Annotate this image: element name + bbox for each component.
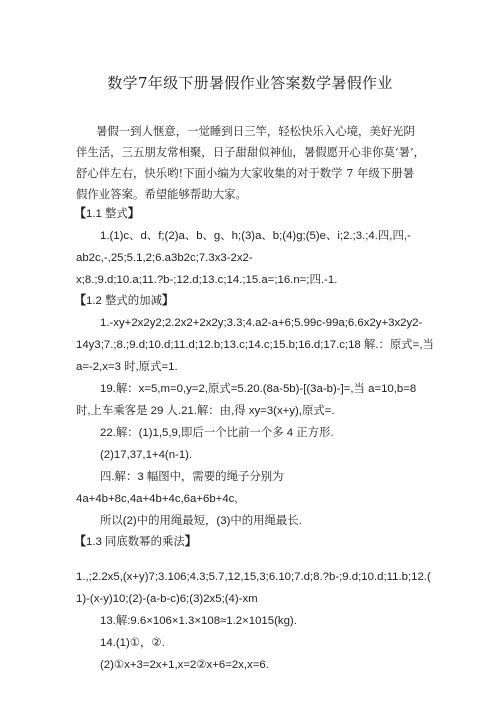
answer-line: a=-2,x=3 时,原式=1. <box>76 360 178 374</box>
section-heading-1-3: 【1.3 同底数幂的乘法】 <box>74 534 197 549</box>
answer-line: 13.解:9.6×106×1.3×108≈1.2×1015(kg). <box>100 614 297 628</box>
bracket-open: 【 <box>74 206 86 220</box>
bracket-close: 】 <box>128 206 140 220</box>
intro-line: 暑假一到人惬意，一觉睡到日三竿，轻松快乐入心境，美好光阴 <box>96 124 415 138</box>
section-heading-1-1: 【1.1 整式】 <box>74 206 140 221</box>
answer-line: 所以(2)中的用绳最短，(3)中的用绳最长. <box>100 514 302 528</box>
intro-line: 假作业答案。希望能够帮助大家。 <box>76 187 247 201</box>
section-heading-text: 1.2 整式的加减 <box>86 295 162 307</box>
answer-line: 4a+4b+8c,4a+4b+4c,6a+6b+4c, <box>76 492 238 506</box>
intro-line: 舒心伴左右，快乐哟!下面小编为大家收集的对于数学 7 年级下册暑 <box>76 166 414 180</box>
answer-line: 14.(1)①，②. <box>100 636 165 650</box>
answer-line: 时,上车乘客是 29 人.21.解：由,得 xy=3(x+y),原式=. <box>76 404 335 418</box>
answer-line: 1.,;2.2x5,(x+y)7;3.106;4.3;5.7,12,15,3;6… <box>76 570 431 584</box>
document-title: 数学7年级下册暑假作业答案数学暑假作业 <box>0 72 500 93</box>
section-heading-1-2: 【1.2 整式的加减】 <box>74 293 174 308</box>
bracket-open: 【 <box>74 534 86 548</box>
section-heading-text: 1.1 整式 <box>86 208 128 220</box>
section-heading-text: 1.3 同底数幂的乘法 <box>86 536 185 548</box>
answer-line: 1.-xy+2x2y2;2.2x2+2x2y;3.3;4.a2-a+6;5.99… <box>100 316 422 330</box>
answer-line: 22.解：(1)1,5,9,即后一个比前一个多 4 正方形. <box>100 426 334 440</box>
bracket-close: 】 <box>185 534 197 548</box>
intro-line: 伴生活，三五朋友常相聚，日子甜甜似神仙，暑假愿开心非你莫‘暑’， <box>76 145 425 159</box>
answer-line: 19.解：x=5,m=0,y=2,原式=5.20.(8a-5b)-[(3a-b)… <box>100 382 416 396</box>
answer-line: 四.解：3 幅图中，需要的绳子分别为 <box>100 470 284 484</box>
bracket-close: 】 <box>162 293 174 307</box>
answer-line: (2)①x+3=2x+1,x=2②x+6=2x,x=6. <box>100 658 269 672</box>
answer-line: x;8.;9.d;10.a;11.?b-;12.d;13.c;14.;15.a=… <box>76 273 337 287</box>
answer-line: ab2c,-,25;5.1,2;6.a3b2c;7.3x3-2x2- <box>76 251 253 265</box>
answer-line: (2)17,37,1+4(n-1). <box>100 448 192 462</box>
answer-line: 1)-(x-y)10;(2)-(a-b-c)6;(3)2x5;(4)-xm <box>76 592 258 606</box>
document-page: 数学7年级下册暑假作业答案数学暑假作业 暑假一到人惬意，一觉睡到日三竿，轻松快乐… <box>0 0 500 708</box>
answer-line: 1.(1)c、d、f;(2)a、b、g、h;(3)a、b;(4)g;(5)e、i… <box>100 229 411 243</box>
answer-line: 14y3;7.;8.;9.d;10.d;11.d;12.b;13.c;14.c;… <box>76 338 434 352</box>
bracket-open: 【 <box>74 293 86 307</box>
